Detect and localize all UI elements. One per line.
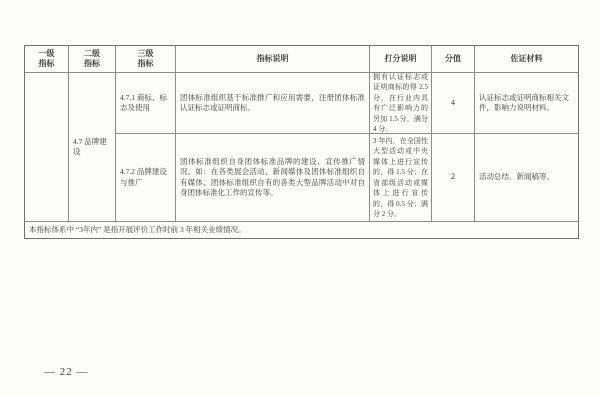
indicator-table: 一级 指标 二级 指标 三级 指标 指标说明 打分说明 分值 佐证材料 4.7 … [24, 45, 579, 239]
cell-level2-brand-building: 4.7 品牌建设 [69, 73, 116, 222]
cell-row1-description: 团体标准组织基于标准推广和应用需要，注册团体标准认证标志或证明商标。 [176, 73, 370, 134]
header-col-scoring: 打分说明 [370, 46, 432, 73]
header-col-evidence: 佐证材料 [475, 46, 578, 73]
page-number: — 22 — [44, 366, 89, 378]
header-col-description: 指标说明 [176, 46, 370, 73]
cell-row1-evidence: 认证标志或证明商标相关文件，影响力说明材料。 [475, 73, 578, 134]
table-footnote: 本指标体系中 “3年内” 是指开展评价工作时前 3 年相关业绩情况。 [25, 222, 578, 238]
header-col-score: 分值 [432, 46, 475, 73]
cell-row1-level3: 4.7.1 商标、标志及使用 [116, 73, 176, 134]
cell-row1-scoring: 拥有认证标志或证明商标的得 2.5 分，在行业内具有广泛影响力的另加 1.5 分… [370, 73, 432, 134]
header-col-level3-indicator: 三级 指标 [116, 46, 176, 73]
cell-level1-empty [25, 73, 69, 222]
cell-row2-description: 团体标准组织自身团体标准品牌的建设、宣传推广情况。如：在各类展会活动、新闻媒体及… [176, 134, 370, 222]
cell-row2-score: 2 [432, 134, 475, 222]
cell-row2-level3: 4.7.2 品牌建设与推广 [116, 134, 176, 222]
document-page: 一级 指标 二级 指标 三级 指标 指标说明 打分说明 分值 佐证材料 4.7 … [0, 0, 600, 396]
cell-row2-scoring: 3 年内，在全国性大型活动或中央媒体上进行宣传的，得 1.5 分；在省部级活动或… [370, 134, 432, 222]
header-col-level1-indicator: 一级 指标 [25, 46, 69, 73]
cell-row2-evidence: 活动总结、新闻稿等。 [475, 134, 578, 222]
cell-row1-score: 4 [432, 73, 475, 134]
header-col-level2-indicator: 二级 指标 [69, 46, 116, 73]
